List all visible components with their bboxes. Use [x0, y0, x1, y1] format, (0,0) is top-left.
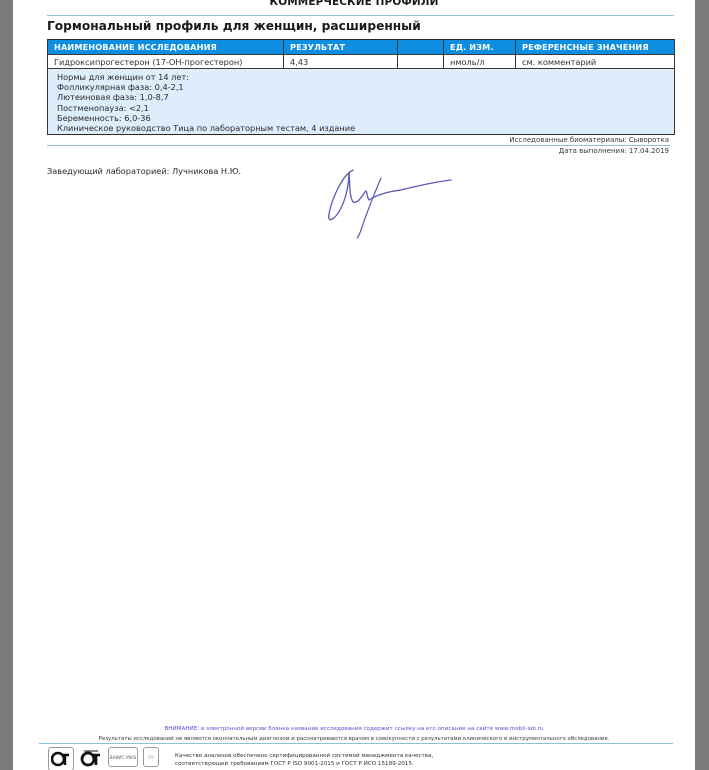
column-header-result: РЕЗУЛЬТАТ — [284, 40, 398, 55]
table-row: Гидроксипрогестерон (17-ОН-прогестерон) … — [48, 55, 675, 69]
column-header-test-name: НАИМЕНОВАНИЕ ИССЛЕДОВАНИЯ — [48, 40, 284, 55]
certification-logos: ВНИИС VNIIS — [48, 747, 159, 770]
quality-statement: Качество анализов обеспечено сертифициро… — [175, 752, 433, 768]
column-header-unit: ЕД. ИЗМ. — [444, 40, 516, 55]
results-disclaimer: Результаты исследований не являются окон… — [33, 736, 675, 742]
column-header-flag — [398, 40, 444, 55]
head-of-lab: Заведующий лабораторией: Лучникова Н.Ю. — [47, 166, 241, 176]
rst-certification-logo-2-icon — [79, 747, 103, 769]
electronic-version-notice: ВНИМАНИЕ: в электронной версии бланка на… — [13, 726, 695, 732]
unit-cell: нмоль/л — [444, 55, 516, 69]
comment-row: Нормы для женщин от 14 лет: Фолликулярна… — [48, 69, 675, 135]
execution-date: Дата выполнения: 17.04.2019 — [559, 147, 669, 155]
profile-title: Гормональный профиль для женщин, расшире… — [47, 19, 421, 33]
quality-line-2: соответствующей требованиям ГОСТ Р ISO 9… — [175, 760, 433, 768]
reference-cell: см. комментарий — [516, 55, 675, 69]
vniiis-logo-icon: ВНИИС VNIIS — [108, 747, 138, 767]
signature-icon — [323, 162, 463, 246]
comment-line: Постменопауза: <2,1 — [57, 103, 668, 113]
rst-certification-logo-icon — [48, 747, 74, 770]
result-cell: 4,43 — [284, 55, 398, 69]
small-cert-logo-icon — [143, 747, 159, 767]
comment-line: Нормы для женщин от 14 лет: — [57, 72, 668, 82]
comment-line: Беременность: 6,0-36 — [57, 113, 668, 123]
comment-cell: Нормы для женщин от 14 лет: Фолликулярна… — [48, 69, 675, 135]
flag-cell — [398, 55, 444, 69]
divider-meta — [47, 145, 670, 146]
vniiis-logo-text: ВНИИС VNIIS — [110, 755, 136, 760]
document-page: КОММЕРЧЕСКИЕ ПРОФИЛИ Гормональный профил… — [13, 0, 695, 770]
divider-top — [47, 15, 674, 16]
section-title: КОММЕРЧЕСКИЕ ПРОФИЛИ — [13, 0, 695, 8]
results-table: НАИМЕНОВАНИЕ ИССЛЕДОВАНИЯ РЕЗУЛЬТАТ ЕД. … — [47, 39, 675, 135]
comment-line: Клиническое руководство Тица по лаборато… — [57, 123, 668, 133]
table-header-row: НАИМЕНОВАНИЕ ИССЛЕДОВАНИЯ РЕЗУЛЬТАТ ЕД. … — [48, 40, 675, 55]
quality-line-1: Качество анализов обеспечено сертифициро… — [175, 752, 433, 760]
biomaterial-label: Исследованные биоматериалы: Сыворотка — [509, 136, 669, 144]
divider-footer — [39, 743, 673, 744]
column-header-reference: РЕФЕРЕНСНЫЕ ЗНАЧЕНИЯ — [516, 40, 675, 55]
comment-line: Фолликулярная фаза: 0,4-2,1 — [57, 82, 668, 92]
comment-line: Лютеиновая фаза: 1,0-8,7 — [57, 92, 668, 102]
test-name-cell[interactable]: Гидроксипрогестерон (17-ОН-прогестерон) — [48, 55, 284, 69]
